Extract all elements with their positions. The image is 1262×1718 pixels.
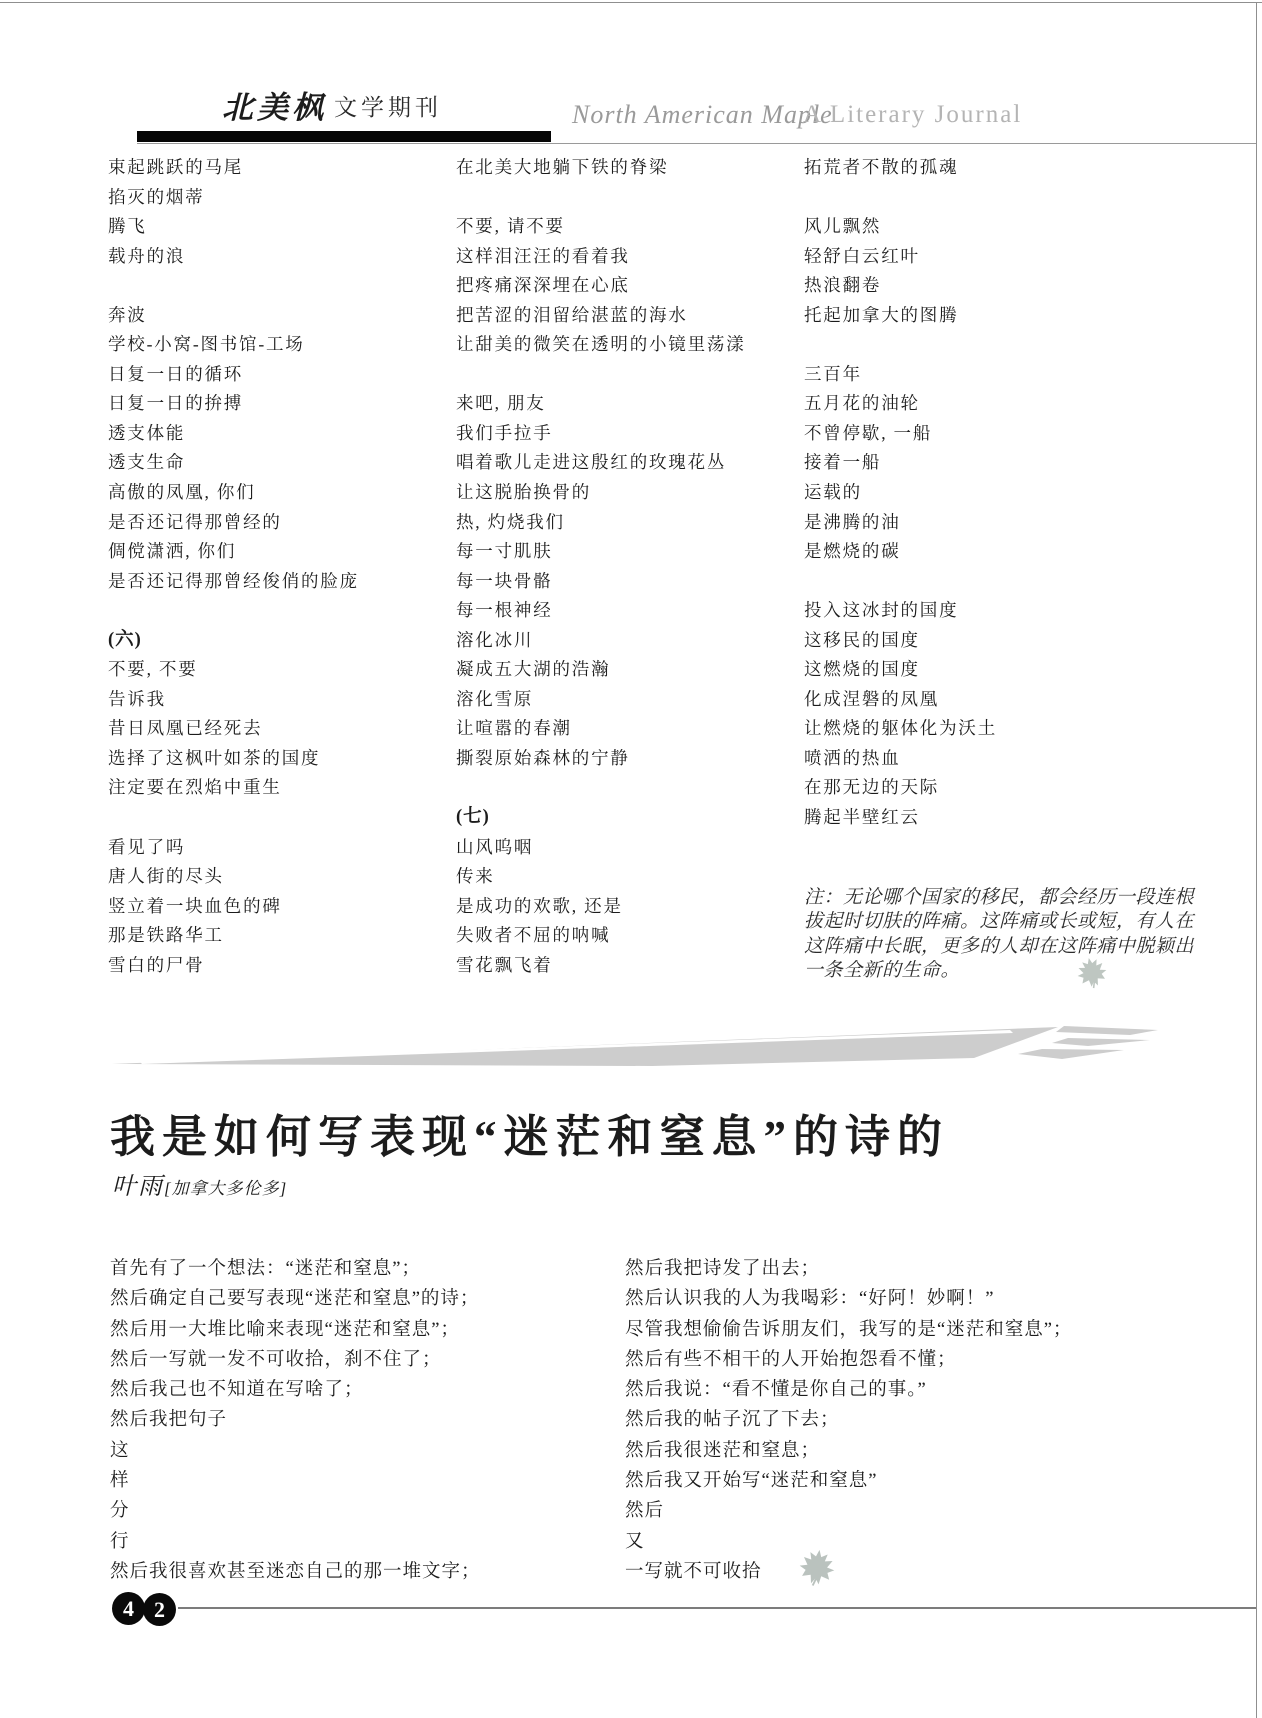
poem-line: 失败者不屈的呐喊 [456, 921, 796, 951]
essay-line: 然后我很迷茫和窒息； [625, 1436, 1205, 1466]
poem-line [108, 596, 453, 626]
essay-line: 这 [110, 1436, 600, 1466]
essay-title: 我是如何写表现“迷茫和窒息”的诗的 [110, 1100, 949, 1165]
poem-line: 拓荒者不散的孤魂 [804, 153, 1224, 183]
poem-line: 溶化冰川 [456, 626, 796, 656]
poem-line: 是沸腾的油 [804, 508, 1224, 538]
essay-column-left: 首先有了一个想法：“迷茫和窒息”；然后确定自己要写表现“迷茫和窒息”的诗；然后用… [110, 1254, 600, 1587]
poem-line: 来吧, 朋友 [456, 389, 796, 419]
poem-line: 告诉我 [108, 685, 453, 715]
journal-logo-chinese: 北美枫 [222, 82, 327, 127]
poem-line: 选择了这枫叶如茶的国度 [108, 744, 453, 774]
essay-author-name: 叶雨 [112, 1174, 164, 1200]
essay-line: 首先有了一个想法：“迷茫和窒息”； [110, 1254, 600, 1284]
poem-line: 这燃烧的国度 [804, 655, 1224, 685]
poem-column-2: 在北美大地躺下铁的脊梁 不要, 请不要这样泪汪汪的看着我把疼痛深深埋在心底把苦涩… [456, 153, 796, 980]
poem-line: 托起加拿大的图腾 [804, 301, 1224, 331]
poem-line: 唐人街的尽头 [108, 862, 453, 892]
poem-column-3: 拓荒者不散的孤魂 风儿飘然轻舒白云红叶热浪翻卷托起加拿大的图腾 三百年五月花的油… [804, 153, 1224, 833]
magazine-page: 北美枫 文学期刊 North American Maple A Literary… [0, 0, 1262, 1718]
page-top-border [0, 2, 1262, 3]
journal-logo-english: North American Maple [572, 100, 833, 130]
poem-line: 这移民的国度 [804, 626, 1224, 656]
essay-line: 然后一写就一发不可收拾，刹不住了； [110, 1345, 600, 1375]
poem-line: 每一根神经 [456, 596, 796, 626]
maple-leaf-icon [795, 1546, 838, 1591]
poem-line: 溶化雪原 [456, 685, 796, 715]
poem-line: 在北美大地躺下铁的脊梁 [456, 153, 796, 183]
essay-line: 然后我很喜欢甚至迷恋自己的那一堆文字； [110, 1557, 600, 1587]
poem-line: 每一寸肌肤 [456, 537, 796, 567]
poem-line: 把苦涩的泪留给湛蓝的海水 [456, 301, 796, 331]
poem-line: 不要, 不要 [108, 655, 453, 685]
essay-line: 然后认识我的人为我喝彩：“好阿！妙啊！” [625, 1284, 1205, 1314]
poem-line: 是燃烧的碳 [804, 537, 1224, 567]
poem-line [456, 183, 796, 213]
footer-rule [178, 1607, 1256, 1609]
essay-line: 一写就不可收拾 [625, 1557, 1205, 1587]
poem-line: 山风呜咽 [456, 833, 796, 863]
poem-line: 束起跳跃的马尾 [108, 153, 453, 183]
poem-line: 轻舒白云红叶 [804, 242, 1224, 272]
essay-line: 然后确定自己要写表现“迷茫和窒息”的诗； [110, 1284, 600, 1314]
poem-line: 掐灭的烟蒂 [108, 183, 453, 213]
page-number-digit-2: 2 [143, 1593, 176, 1626]
poem-line: 竖立着一块血色的碑 [108, 892, 453, 922]
poem-line: 透支体能 [108, 419, 453, 449]
essay-line: 然后有些不相干的人开始抱怨看不懂； [625, 1345, 1205, 1375]
poem-line: 是否还记得那曾经的 [108, 508, 453, 538]
poem-line [804, 567, 1224, 597]
poem-line: 那是铁路华工 [108, 921, 453, 951]
poem-column-1: 束起跳跃的马尾掐灭的烟蒂腾飞载舟的浪 奔波学校-小窝-图书馆-工场日复一日的循环… [108, 153, 453, 980]
poem-line: 喷洒的热血 [804, 744, 1224, 774]
essay-line: 行 [110, 1527, 600, 1557]
poem-line: 看见了吗 [108, 833, 453, 863]
poem-line: 唱着歌儿走进这殷红的玫瑰花丛 [456, 448, 796, 478]
poem-line: 风儿飘然 [804, 212, 1224, 242]
essay-line: 然后用一大堆比喻来表现“迷茫和窒息”； [110, 1315, 600, 1345]
page-number-digit-1: 4 [112, 1592, 145, 1625]
poem-line: 让甜美的微笑在透明的小镜里荡漾 [456, 330, 796, 360]
poem-line: 不要, 请不要 [456, 212, 796, 242]
poem-line: 昔日凤凰已经死去 [108, 714, 453, 744]
poem-line: 注定要在烈焰中重生 [108, 773, 453, 803]
poem-line: 倜傥潇洒, 你们 [108, 537, 453, 567]
poem-line: 雪花飘飞着 [456, 951, 796, 981]
poem-line: 高傲的凤凰, 你们 [108, 478, 453, 508]
essay-line: 然后我把诗发了出去； [625, 1254, 1205, 1284]
poem-line [456, 360, 796, 390]
essay-line: 样 [110, 1466, 600, 1496]
poem-line: 不曾停歇, 一船 [804, 419, 1224, 449]
poem-line: 透支生命 [108, 448, 453, 478]
poem-line [456, 773, 796, 803]
section-divider-swoosh [112, 1020, 1158, 1068]
poem-line: 雪白的尸骨 [108, 951, 453, 981]
poem-line: 接着一船 [804, 448, 1224, 478]
poem-line: 载舟的浪 [108, 242, 453, 272]
poem-note: 注：无论哪个国家的移民，都会经历一段连根拔起时切肤的阵痛。这阵痛或长或短，有人在… [804, 886, 1208, 984]
poem-line: 学校-小窝-图书馆-工场 [108, 330, 453, 360]
poem-line: 凝成五大湖的浩瀚 [456, 655, 796, 685]
poem-line [804, 330, 1224, 360]
poem-line: (七) [456, 803, 796, 833]
journal-logo-english-tagline: A Literary Journal [803, 101, 1022, 129]
page-right-border [1256, 2, 1257, 1718]
poem-line: 热浪翻卷 [804, 271, 1224, 301]
poem-line: 把疼痛深深埋在心底 [456, 271, 796, 301]
poem-line: 让这脱胎换骨的 [456, 478, 796, 508]
essay-line: 然后 [625, 1496, 1205, 1526]
poem-line: 奔波 [108, 301, 453, 331]
essay-line: 又 [625, 1527, 1205, 1557]
poem-line [804, 183, 1224, 213]
poem-line: 是成功的欢歌, 还是 [456, 892, 796, 922]
poem-line: 每一块骨骼 [456, 567, 796, 597]
poem-line: 化成涅磐的凤凰 [804, 685, 1224, 715]
poem-line: 腾飞 [108, 212, 453, 242]
header-rule [137, 143, 1256, 144]
essay-author-location: [加拿大多伦多] [164, 1179, 287, 1198]
essay-line: 然后我把句子 [110, 1405, 600, 1435]
essay-line: 然后我己也不知道在写啥了； [110, 1375, 600, 1405]
essay-line: 然后我说：“看不懂是你自己的事。” [625, 1375, 1205, 1405]
essay-author-line: 叶雨[加拿大多伦多] [112, 1166, 287, 1201]
essay-column-right: 然后我把诗发了出去；然后认识我的人为我喝彩：“好阿！妙啊！”尽管我想偷偷告诉朋友… [625, 1254, 1205, 1587]
poem-line: 我们手拉手 [456, 419, 796, 449]
poem-line: 日复一日的拚搏 [108, 389, 453, 419]
poem-line: 五月花的油轮 [804, 389, 1224, 419]
poem-line: 撕裂原始森林的宁静 [456, 744, 796, 774]
poem-line: 运载的 [804, 478, 1224, 508]
essay-line: 分 [110, 1496, 600, 1526]
poem-line: 在那无边的天际 [804, 773, 1224, 803]
header-black-bar [137, 131, 551, 142]
poem-line: 投入这冰封的国度 [804, 596, 1224, 626]
essay-line: 然后我又开始写“迷茫和窒息” [625, 1466, 1205, 1496]
poem-line: (六) [108, 626, 453, 656]
poem-line: 三百年 [804, 360, 1224, 390]
poem-line: 是否还记得那曾经俊俏的脸庞 [108, 567, 453, 597]
essay-line: 然后我的帖子沉了下去； [625, 1405, 1205, 1435]
poem-line: 让燃烧的躯体化为沃土 [804, 714, 1224, 744]
poem-line: 这样泪汪汪的看着我 [456, 242, 796, 272]
poem-line: 传来 [456, 862, 796, 892]
poem-line [108, 271, 453, 301]
poem-line: 让喧嚣的春潮 [456, 714, 796, 744]
essay-line: 尽管我想偷偷告诉朋友们，我写的是“迷茫和窒息”； [625, 1315, 1205, 1345]
poem-line: 腾起半壁红云 [804, 803, 1224, 833]
poem-line: 日复一日的循环 [108, 360, 453, 390]
poem-line [108, 803, 453, 833]
maple-leaf-icon [1073, 953, 1111, 993]
poem-line: 热, 灼烧我们 [456, 508, 796, 538]
journal-logo-subtitle: 文学期刊 [334, 89, 442, 122]
